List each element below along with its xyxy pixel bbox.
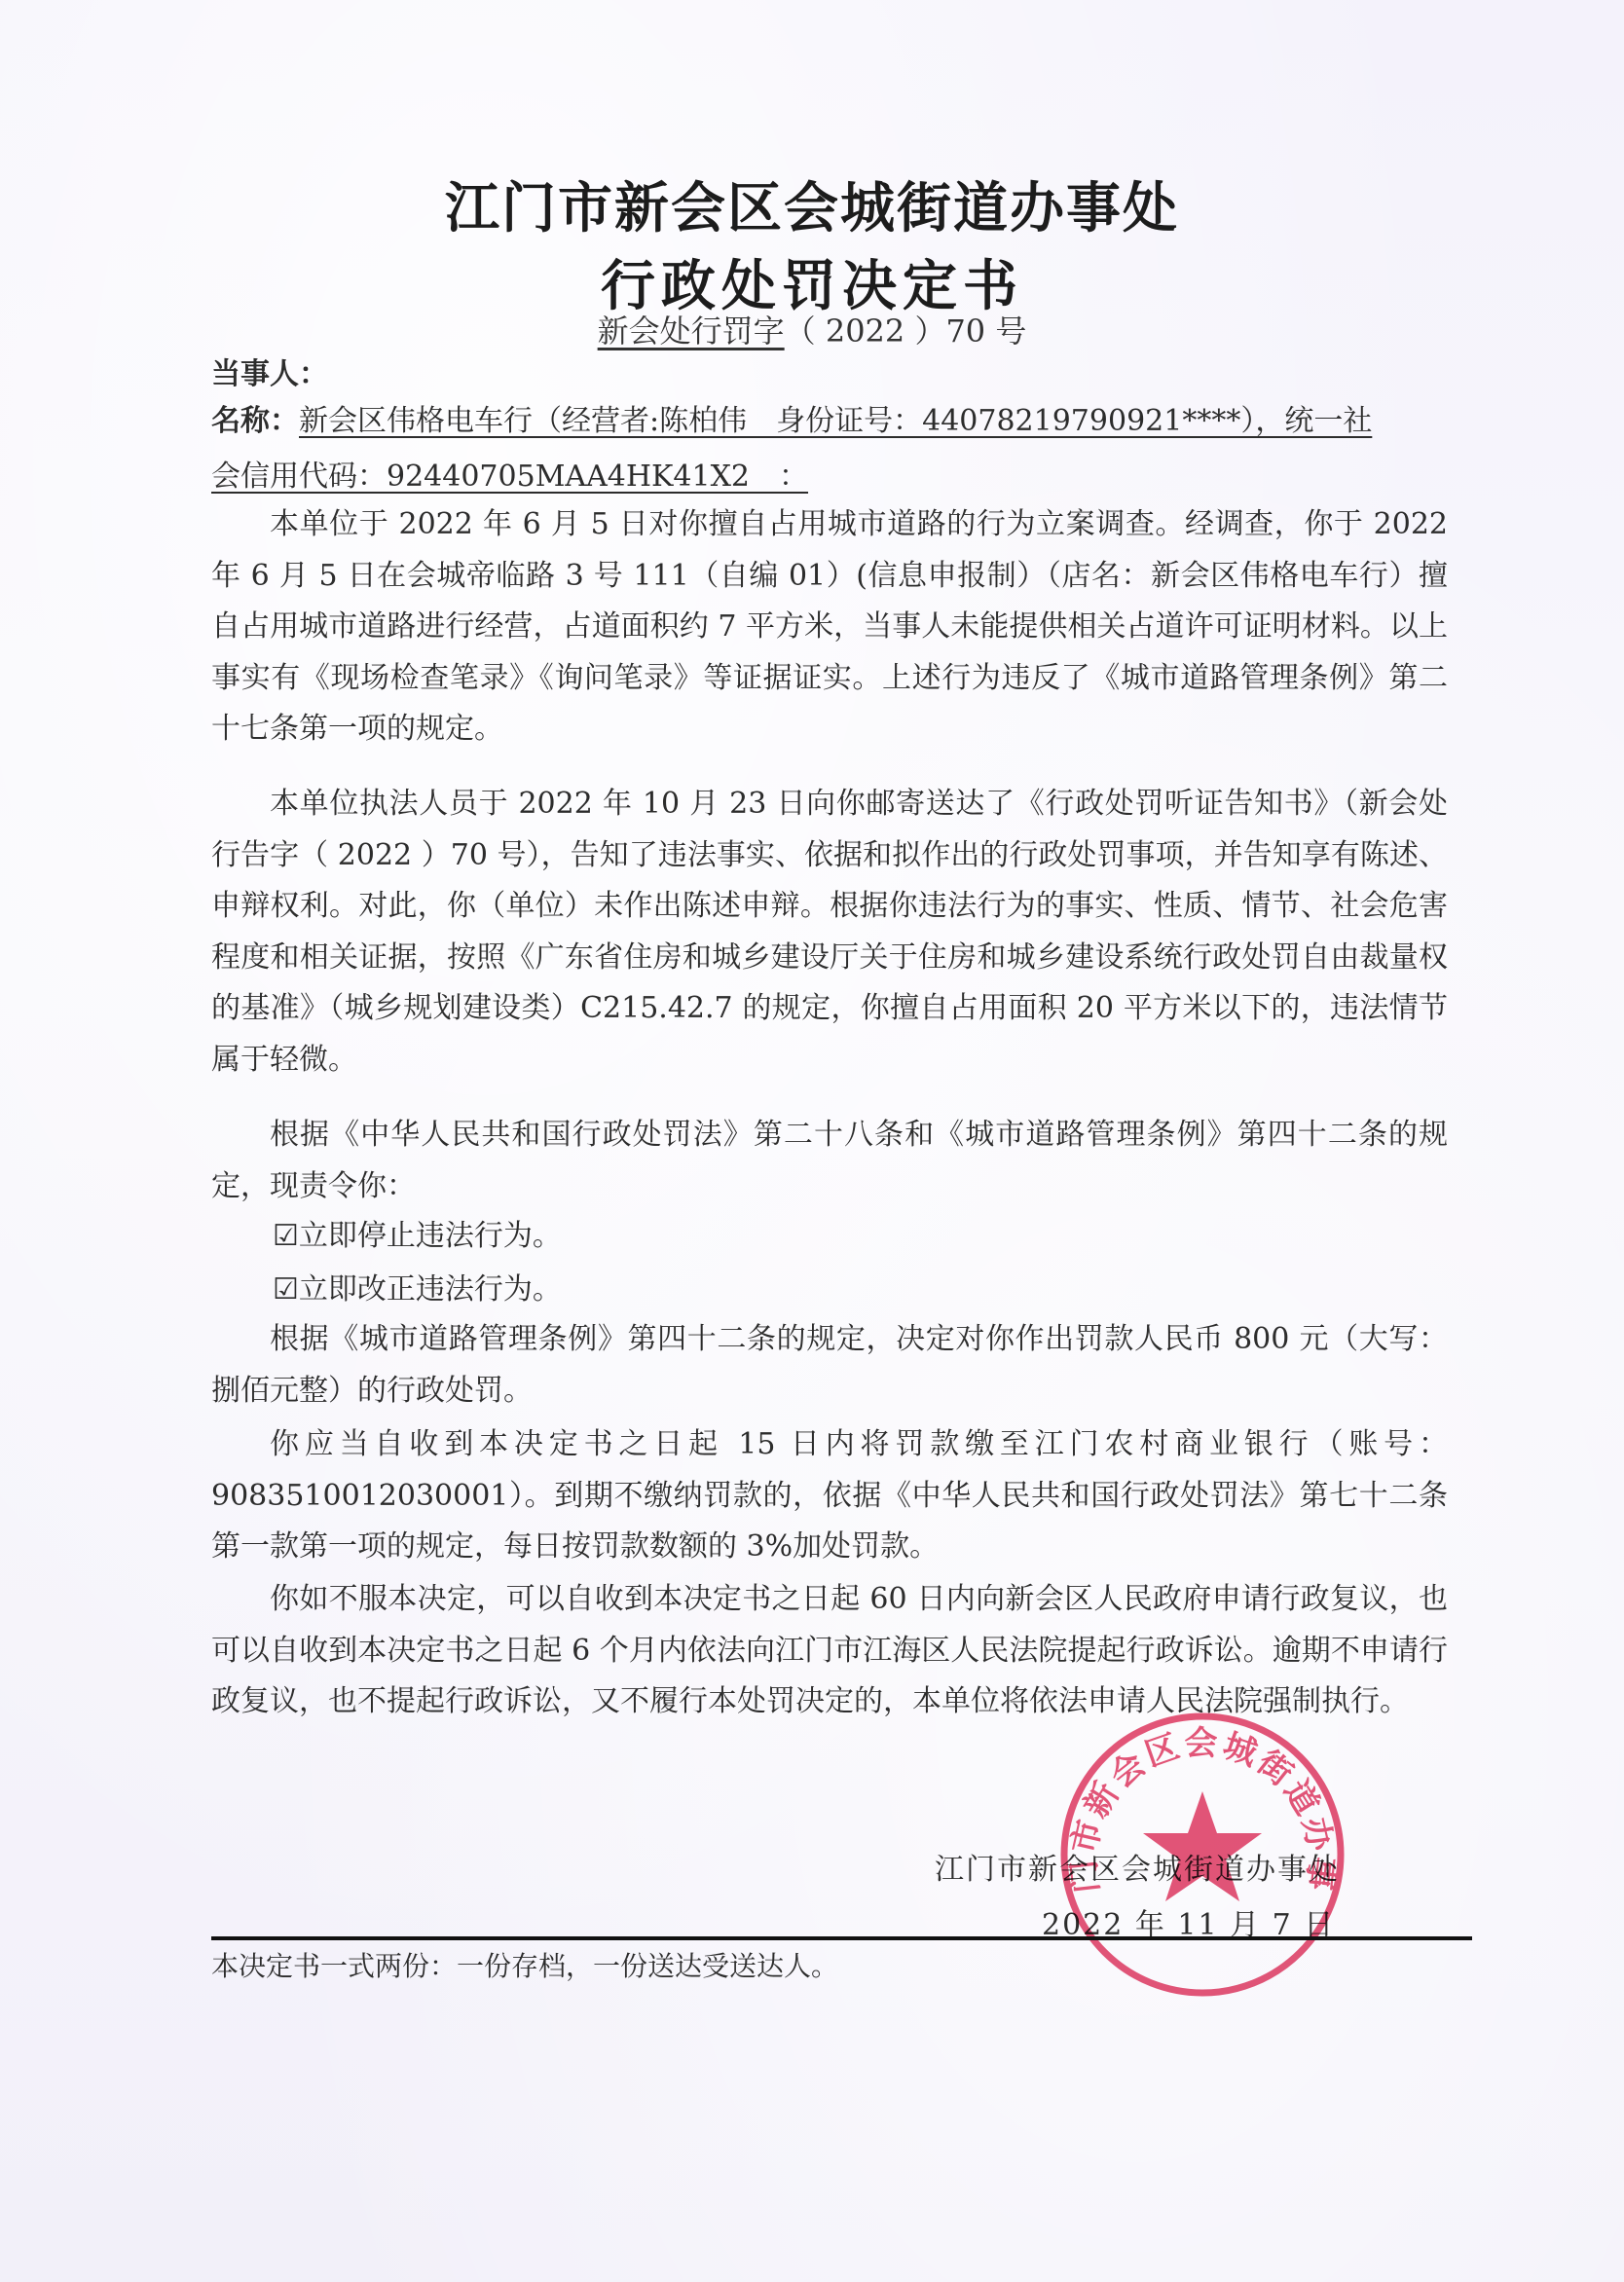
divider-rule xyxy=(211,1936,1472,1940)
checkbox-checked-icon: ☑ xyxy=(273,1272,299,1307)
paragraph-hearing-notice: 本单位执法人员于 2022 年 10 月 23 日向你邮寄送达了《行政处罚听证告… xyxy=(211,779,1448,1086)
paragraph-penalty: 根据《城市道路管理条例》第四十二条的规定，决定对你作出罚款人民币 800 元（大… xyxy=(211,1314,1448,1417)
order-item-correct: ☑立即改正违法行为。 xyxy=(273,1270,562,1309)
doc-number-prefix: 新会处行罚字 xyxy=(598,313,785,350)
paragraph-appeal: 你如不服本决定，可以自收到本决定书之日起 60 日内向新会区人民政府申请行政复议… xyxy=(211,1574,1448,1728)
party-name-value: 新会区伟格电车行（经营者:陈柏伟 身份证号：44078219790921****… xyxy=(299,404,1372,438)
doc-number: 新会处行罚字（ 2022 ）70 号 xyxy=(0,307,1624,351)
footer-note: 本决定书一式两份：一份存档，一份送达受送达人。 xyxy=(211,1945,838,1984)
order-item-stop: ☑立即停止违法行为。 xyxy=(273,1217,562,1256)
party-label: 当事人： xyxy=(211,355,328,394)
official-seal-stamp: 江门市新会区会城街道办事处 xyxy=(1056,1709,1348,2001)
paragraph-legal-basis: 根据《中华人民共和国行政处罚法》第二十八条和《城市道路管理条例》第四十二条的规定… xyxy=(211,1110,1448,1212)
checkbox-checked-icon: ☑ xyxy=(273,1219,299,1253)
party-name-label: 名称： xyxy=(211,404,299,438)
order-text: 立即停止违法行为。 xyxy=(299,1219,562,1253)
credit-code-value: 会信用代码：92440705MAA4HK41X2 ： xyxy=(211,460,808,494)
doc-number-suffix: （ 2022 ）70 号 xyxy=(785,313,1027,350)
paragraph-payment: 你应当自收到本决定书之日起 15 日内将罚款缴至江门农村商业银行（账号：9083… xyxy=(211,1419,1448,1573)
paragraph-investigation: 本单位于 2022 年 6 月 5 日对你擅自占用城市道路的行为立案调查。经调查… xyxy=(211,499,1448,755)
order-text: 立即改正违法行为。 xyxy=(299,1272,562,1307)
party-name-line-2: 会信用代码：92440705MAA4HK41X2 ： xyxy=(211,458,808,497)
org-title: 江门市新会区会城街道办事处 xyxy=(0,166,1624,243)
party-name-line-1: 名称：新会区伟格电车行（经营者:陈柏伟 身份证号：44078219790921*… xyxy=(211,402,1372,441)
star-icon xyxy=(1143,1791,1262,1901)
